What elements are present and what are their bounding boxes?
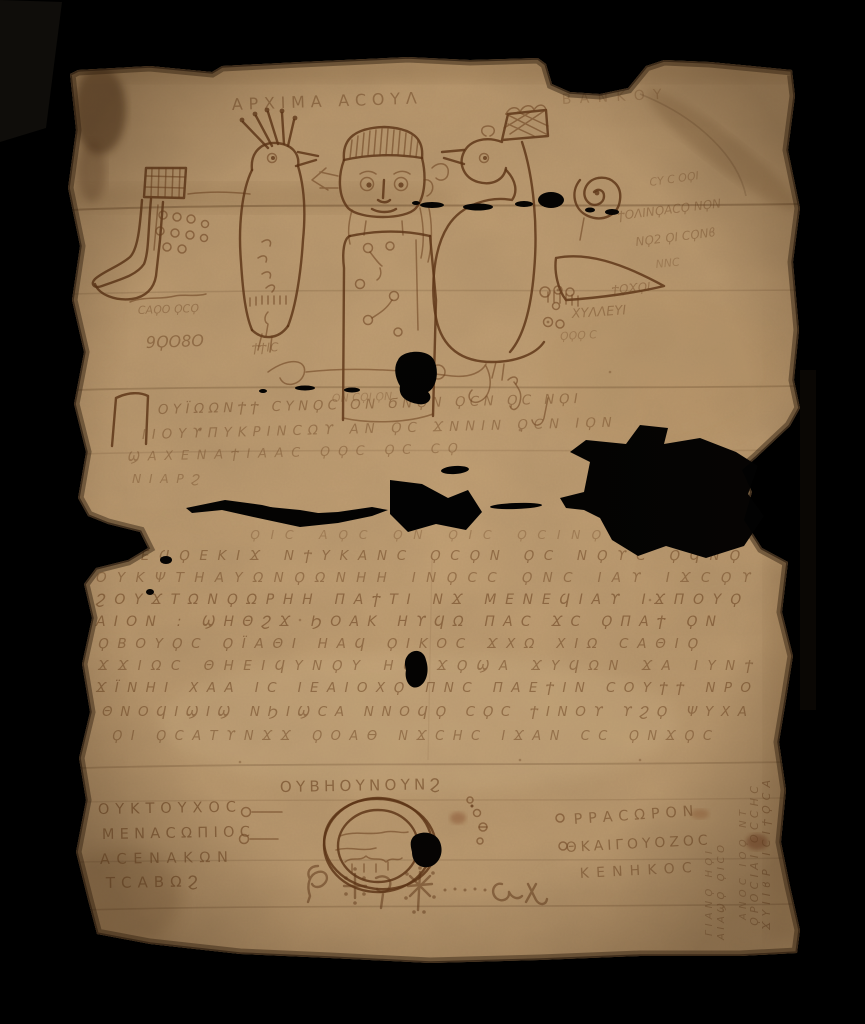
vignette (68, 57, 800, 963)
background-edge-glint (800, 370, 816, 710)
parchment-scene: ΑΡΧΙΜΑ ΑϹΟΥΛ ΒΑΝΚΟΥ ϹΥ Ϲ ΟϘΙ ϮΟΛΙΝϘΑϹϘ Ν… (0, 0, 865, 1024)
manuscript-photograph: ΑΡΧΙΜΑ ΑϹΟΥΛ ΒΑΝΚΟΥ ϹΥ Ϲ ΟϘΙ ϮΟΛΙΝϘΑϹϘ Ν… (0, 0, 865, 1024)
